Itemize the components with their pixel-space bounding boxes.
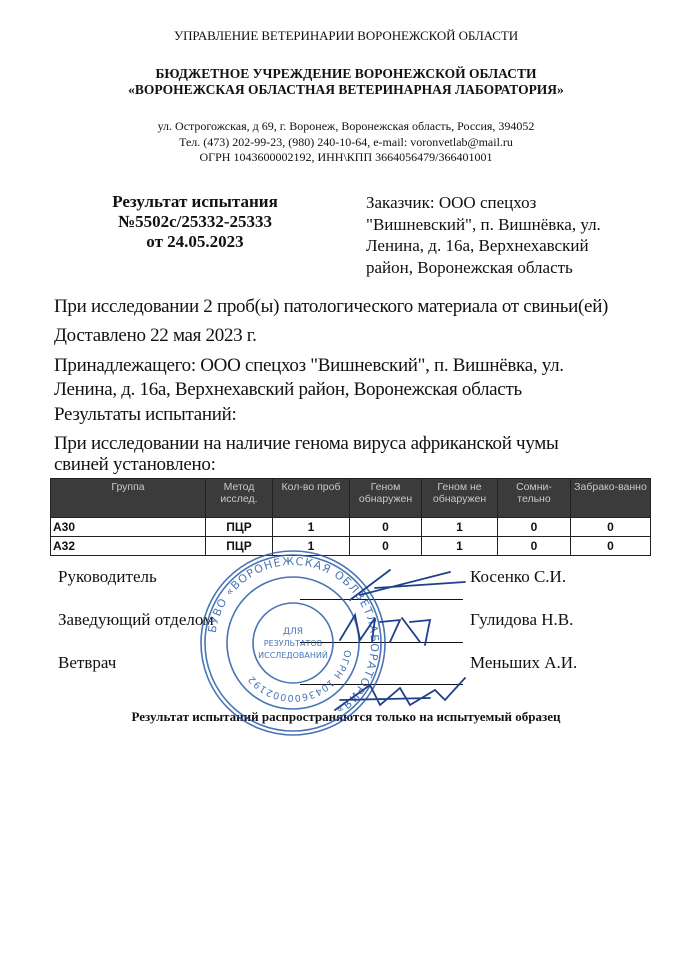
signature-name-vet: Меньших А.И.: [470, 653, 577, 673]
cell-genome-not-detected: 1: [422, 537, 498, 556]
results-heading: Результаты испытаний:: [54, 404, 236, 426]
cell-doubtful: 0: [498, 537, 571, 556]
col-header-doubtful: Сомни-тельно: [498, 479, 571, 518]
result-date: от 24.05.2023: [60, 232, 330, 252]
result-number: №5502с/25332-25333: [60, 212, 330, 232]
svg-text:РЕЗУЛЬТАТОВ: РЕЗУЛЬТАТОВ: [264, 639, 322, 648]
owner-line-2: Ленина, д. 16а, Верхнехавский район, Вор…: [54, 379, 522, 401]
customer-info: Заказчик: ООО спецхоз "Вишневский", п. В…: [366, 192, 656, 278]
table-row: А30 ПЦР 1 0 1 0 0: [51, 518, 651, 537]
table-header-row: Группа Метод исслед. Кол-во проб Геном о…: [51, 479, 651, 518]
cell-sample-count: 1: [273, 518, 350, 537]
delivered-line: Доставлено 22 мая 2023 г.: [54, 325, 257, 347]
institution-contacts: ул. Острогожская, д 69, г. Воронеж, Воро…: [0, 119, 692, 166]
cell-method: ПЦР: [206, 518, 273, 537]
cell-rejected: 0: [571, 537, 651, 556]
customer-line: Ленина, д. 16а, Верхнехавский: [366, 235, 656, 257]
cell-genome-detected: 0: [350, 518, 422, 537]
svg-text:ДЛЯ: ДЛЯ: [283, 627, 303, 637]
col-header-rejected: Забрако-ванно: [571, 479, 651, 518]
handwritten-signatures-icon: [330, 560, 470, 730]
customer-line: Заказчик: ООО спецхоз: [366, 192, 656, 214]
signature-role-vet: Ветврач: [58, 653, 116, 673]
signature-name-head: Косенко С.И.: [470, 567, 566, 587]
institution-name: БЮДЖЕТНОЕ УЧРЕЖДЕНИЕ ВОРОНЕЖСКОЙ ОБЛАСТИ…: [0, 66, 692, 98]
finding-line-2: свиней установлено:: [54, 454, 216, 476]
results-table: Группа Метод исслед. Кол-во проб Геном о…: [50, 478, 651, 556]
signature-role-head: Руководитель: [58, 567, 157, 587]
customer-line: "Вишневский", п. Вишнёвка, ул.: [366, 214, 656, 236]
registration: ОГРН 1043600002192, ИНН\КПП 3664056479/3…: [0, 150, 692, 166]
svg-text:ИССЛЕДОВАНИЙ: ИССЛЕДОВАНИЙ: [258, 649, 328, 660]
cell-genome-not-detected: 1: [422, 518, 498, 537]
col-header-genome-not-detected: Геном не обнаружен: [422, 479, 498, 518]
col-header-group: Группа: [51, 479, 206, 518]
cell-group: А32: [51, 537, 206, 556]
finding-line-1: При исследовании на наличие генома вирус…: [54, 433, 558, 455]
address: ул. Острогожская, д 69, г. Воронеж, Воро…: [0, 119, 692, 135]
cell-group: А30: [51, 518, 206, 537]
result-title: Результат испытания: [60, 192, 330, 212]
signature-role-dept: Заведующий отделом: [58, 610, 214, 630]
study-line: При исследовании 2 проб(ы) патологическо…: [54, 296, 608, 318]
institution-line-1: БЮДЖЕТНОЕ УЧРЕЖДЕНИЕ ВОРОНЕЖСКОЙ ОБЛАСТИ: [0, 66, 692, 82]
col-header-method: Метод исслед.: [206, 479, 273, 518]
result-info: Результат испытания №5502с/25332-25333 о…: [60, 192, 330, 252]
contacts: Тел. (473) 202-99-23, (980) 240-10-64, e…: [0, 135, 692, 151]
cell-doubtful: 0: [498, 518, 571, 537]
authority-title: УПРАВЛЕНИЕ ВЕТЕРИНАРИИ ВОРОНЕЖСКОЙ ОБЛАС…: [0, 28, 692, 44]
col-header-genome-detected: Геном обнаружен: [350, 479, 422, 518]
owner-line-1: Принадлежащего: ООО спецхоз "Вишневский"…: [54, 355, 564, 377]
customer-line: район, Воронежская область: [366, 257, 656, 279]
signature-name-dept: Гулидова Н.В.: [470, 610, 573, 630]
col-header-sample-count: Кол-во проб: [273, 479, 350, 518]
cell-rejected: 0: [571, 518, 651, 537]
institution-line-2: «ВОРОНЕЖСКАЯ ОБЛАСТНАЯ ВЕТЕРИНАРНАЯ ЛАБО…: [0, 82, 692, 98]
